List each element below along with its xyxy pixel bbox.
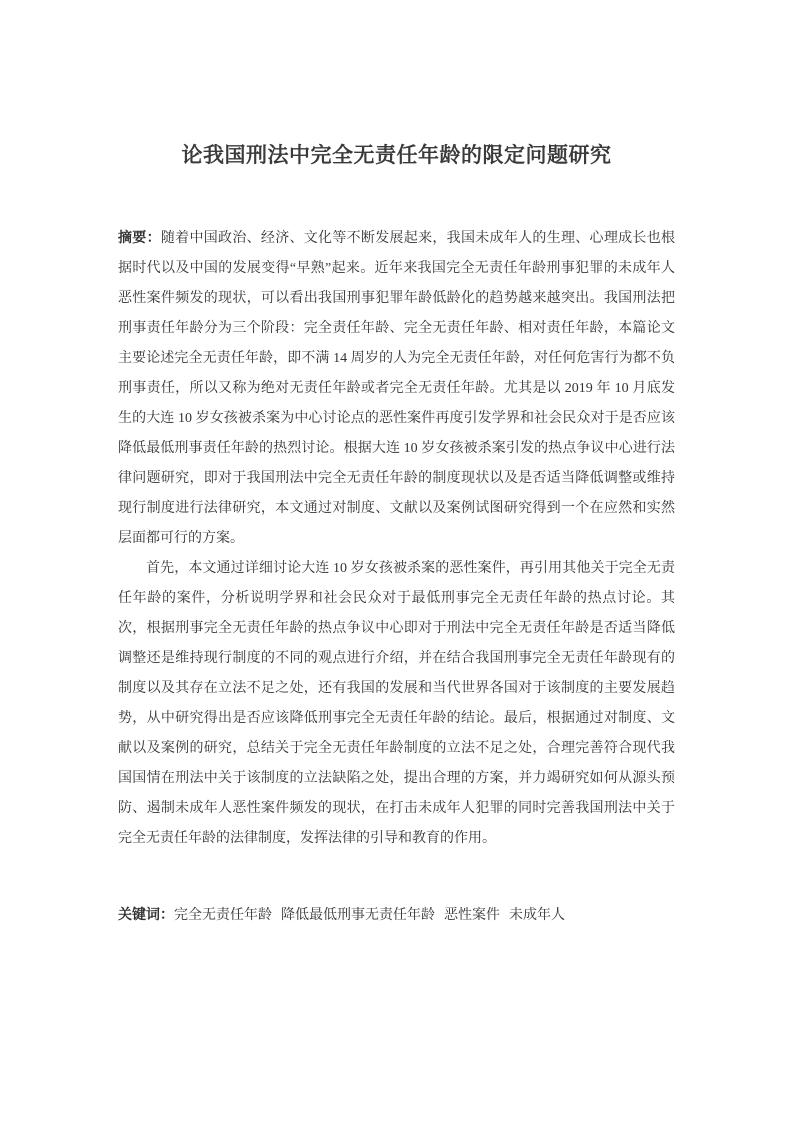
keyword-item: 恶性案件 xyxy=(444,908,500,923)
keywords-line: 关键词：完全无责任年龄降低最低刑事无责任年龄恶性案件未成年人 xyxy=(118,899,675,931)
keyword-item: 降低最低刑事无责任年龄 xyxy=(281,908,435,923)
abstract-paragraph-2: 首先，本文通过详细讨论大连 10 岁女孩被杀案的恶性案件，再引用其他关于完全无责… xyxy=(118,554,675,854)
abstract-label: 摘要： xyxy=(118,229,161,245)
keywords-label: 关键词： xyxy=(118,906,174,922)
paper-title: 论我国刑法中完全无责任年龄的限定问题研究 xyxy=(0,139,793,169)
keyword-item: 完全无责任年龄 xyxy=(174,908,272,923)
abstract-paragraph-1-text: 随着中国政治、经济、文化等不断发展起来，我国未成年人的生理、心理成长也根据时代以… xyxy=(118,231,675,546)
abstract-paragraph-1: 摘要：随着中国政治、经济、文化等不断发展起来，我国未成年人的生理、心理成长也根据… xyxy=(118,222,675,554)
document-page: 论我国刑法中完全无责任年龄的限定问题研究 摘要：随着中国政治、经济、文化等不断发… xyxy=(0,0,793,1122)
keyword-item: 未成年人 xyxy=(509,908,565,923)
abstract-section: 摘要：随着中国政治、经济、文化等不断发展起来，我国未成年人的生理、心理成长也根据… xyxy=(118,222,675,931)
